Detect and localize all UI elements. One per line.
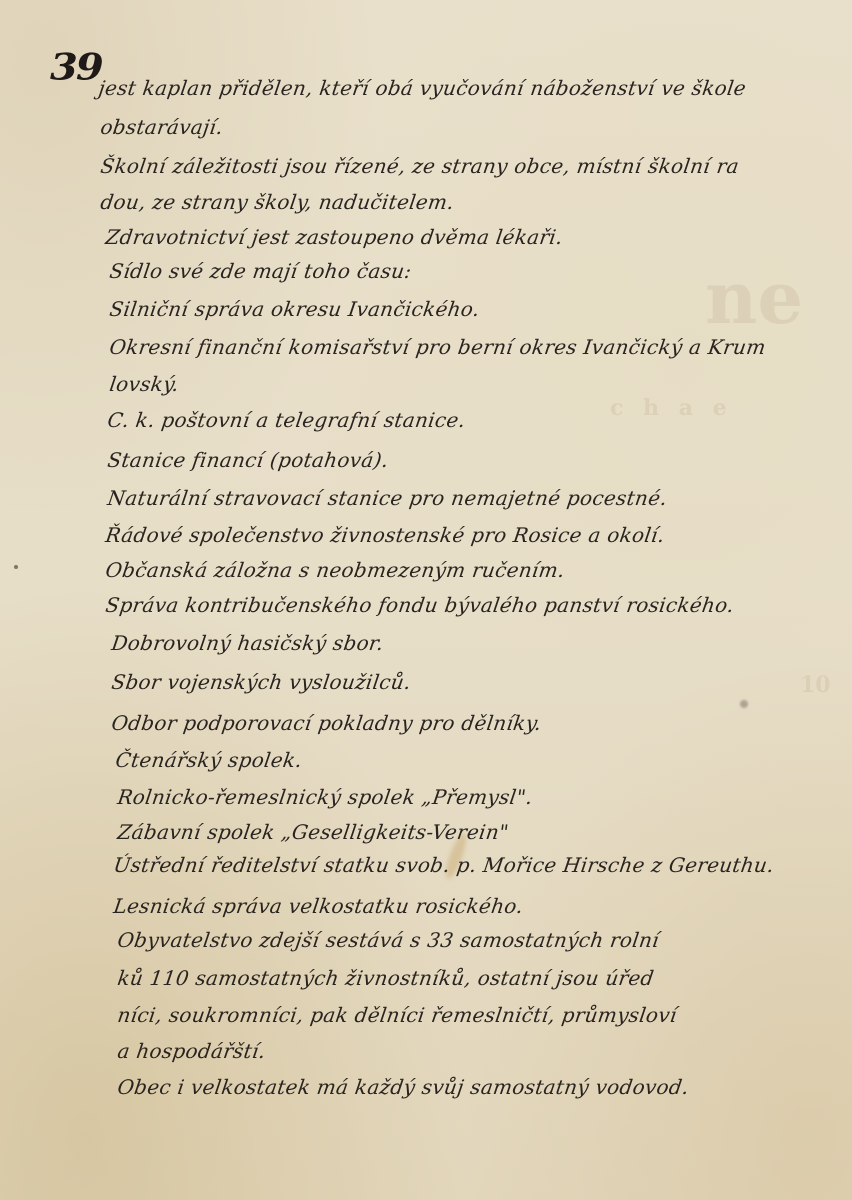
text-line: Lesnická správa velkostatku rosického.	[112, 894, 525, 918]
text-line: jest kaplan přidělen, kteří obá vyučován…	[97, 76, 748, 100]
text-line: dou, ze strany školy, nadučitelem.	[99, 190, 456, 214]
text-line: Správa kontribučenského fondu bývalého p…	[104, 593, 736, 617]
text-line: Zábavní spolek „Geselligkeits-Verein"	[116, 820, 510, 844]
text-line: Silniční správa okresu Ivančického.	[108, 297, 481, 321]
text-line: Čtenářský spolek.	[114, 748, 304, 772]
text-line: Školní záležitosti jsou řízené, ze stran…	[99, 154, 741, 178]
text-line: Občanská záložna s neobmezeným ručením.	[104, 558, 566, 582]
text-line: obstarávají.	[99, 115, 225, 139]
text-line: C. k. poštovní a telegrafní stanice.	[106, 408, 467, 432]
text-line: níci, soukromníci, pak dělníci řemeslnič…	[116, 1003, 678, 1027]
text-line: Dobrovolný hasičský sbor.	[110, 631, 385, 655]
text-line: ků 110 samostatných živnostníků, ostatní…	[116, 966, 656, 990]
text-line: Sídlo své zde mají toho času:	[108, 259, 413, 283]
text-line: Ústřední ředitelství statku svob. p. Moř…	[112, 853, 776, 877]
text-line: Okresní finanční komisařství pro berní o…	[108, 335, 767, 359]
text-line: Řádové společenstvo živnostenské pro Ros…	[104, 523, 666, 547]
text-line: Odbor podporovací pokladny pro dělníky.	[110, 711, 543, 735]
text-line: Sbor vojenských vysloužilců.	[110, 670, 413, 694]
text-line: Rolnicko-řemeslnický spolek „Přemysl".	[116, 785, 534, 809]
handwritten-text-body: jest kaplan přidělen, kteří obá vyučován…	[0, 0, 852, 1200]
manuscript-page: ne c h a e 10 39 jest kaplan přidělen, k…	[0, 0, 852, 1200]
text-line: Naturální stravovací stanice pro nemajet…	[106, 486, 669, 510]
text-line: Obyvatelstvo zdejší sestává s 33 samosta…	[116, 928, 661, 952]
text-line: Zdravotnictví jest zastoupeno dvěma léka…	[104, 225, 564, 249]
text-line: Obec i velkostatek má každý svůj samosta…	[116, 1075, 691, 1099]
text-line: Stanice financí (potahová).	[106, 448, 390, 472]
text-line: a hospodářští.	[116, 1039, 267, 1063]
text-line: lovský.	[108, 372, 181, 396]
